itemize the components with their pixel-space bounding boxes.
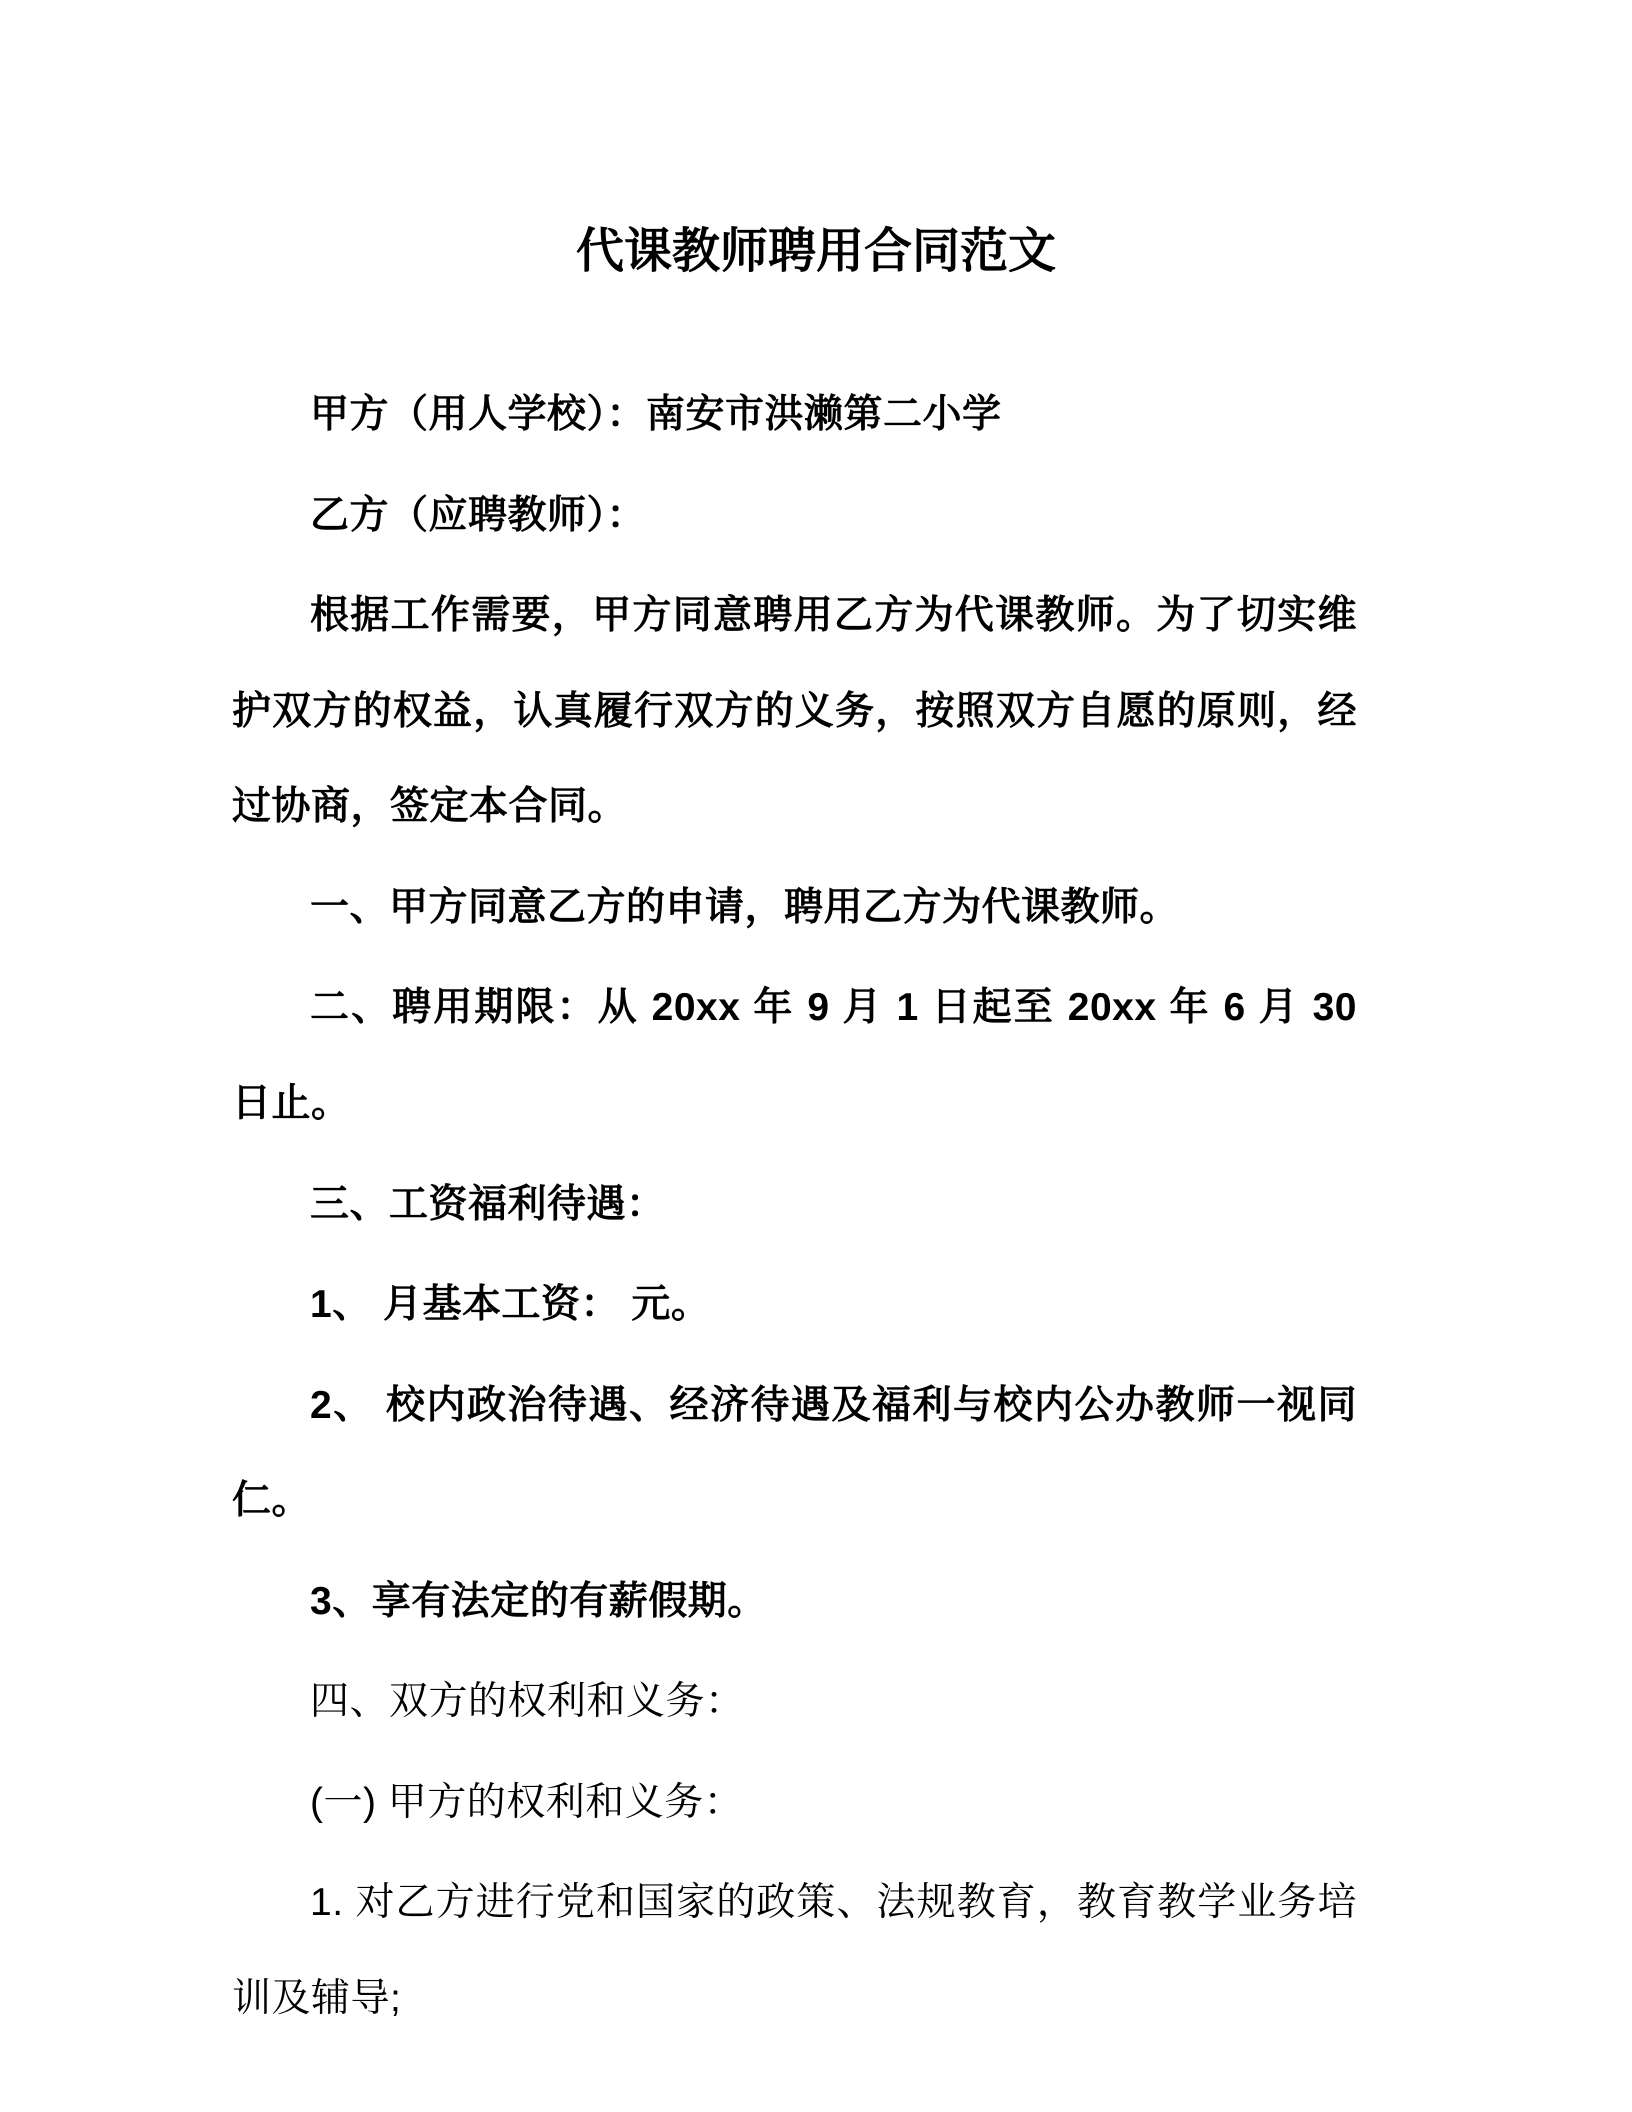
document-page: 代课教师聘用合同范文 甲方（用人学校）：南安市洪濑第二小学 乙方（应聘教师）： … xyxy=(0,0,1632,2112)
clause-3-item-1-base-salary: 1、 月基本工资： 元。 xyxy=(232,1257,1357,1353)
clause-2-employment-term: 二、聘用期限：从 20xx 年 9 月 1 日起至 20xx 年 6 月 30 … xyxy=(232,960,1357,1151)
clause-4-section-1-party-a: (一) 甲方的权利和义务： xyxy=(232,1755,1357,1851)
clause-3-item-2-equal-treatment: 2、 校内政治待遇、经济待遇及福利与校内公办教师一视同仁。 xyxy=(232,1358,1357,1549)
paragraph-party-b: 乙方（应聘教师）： xyxy=(232,468,1357,564)
paragraph-party-a: 甲方（用人学校）：南安市洪濑第二小学 xyxy=(232,367,1357,463)
paragraph-intro: 根据工作需要，甲方同意聘用乙方为代课教师。为了切实维护双方的权益，认真履行双方的… xyxy=(232,568,1357,855)
clause-3-item-3-paid-leave: 3、享有法定的有薪假期。 xyxy=(232,1554,1357,1650)
clause-4-item-1-training: 1. 对乙方进行党和国家的政策、法规教育，教育教学业务培训及辅导; xyxy=(232,1855,1357,2046)
clause-3-salary-benefits: 三、工资福利待遇： xyxy=(232,1157,1357,1253)
clause-1: 一、甲方同意乙方的申请，聘用乙方为代课教师。 xyxy=(232,860,1357,956)
document-title: 代课教师聘用合同范文 xyxy=(0,218,1632,285)
clause-4-rights-obligations: 四、双方的权利和义务： xyxy=(232,1654,1357,1750)
